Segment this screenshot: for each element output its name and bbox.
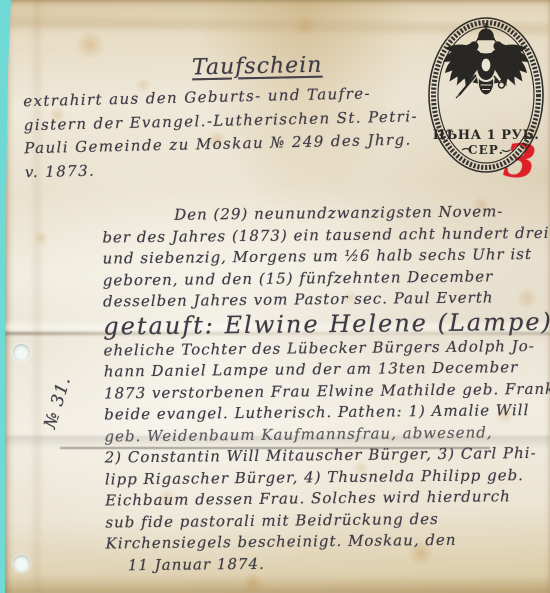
- fold-crease-bottom: [5, 575, 550, 593]
- scanned-document-page: { "document": { "title": "Taufschein", "…: [0, 0, 550, 593]
- aged-paper-sheet: Taufschein extrahirt aus den Geburts- un…: [5, 0, 550, 593]
- stamp-price-text: ЦѢНА 1 РУБ.: [433, 128, 539, 143]
- certificate-body-block: Den (29) neunundzwanzigsten Novem-ber de…: [102, 201, 550, 577]
- extract-intro-block: extrahirt aus den Geburts- und Taufre-gi…: [23, 80, 485, 184]
- document-line: Eichbaum dessen Frau. Solches wird hierd…: [105, 486, 550, 512]
- punch-hole-upper: [13, 344, 30, 361]
- document-line: geb. Weidenbaum Kaufmannsfrau, abwesend,: [104, 421, 550, 447]
- document-title: Taufschein: [192, 53, 323, 81]
- document-line: 11 Januar 1874.: [106, 550, 550, 576]
- revenue-stamp: ЦѢНА 1 РУБ. СЕР.: [424, 13, 548, 177]
- punch-hole-lower: [13, 555, 30, 572]
- stamp-currency-text: СЕР.: [468, 143, 504, 157]
- document-line: getauft: Elwine Helene (Lampe): [103, 308, 550, 340]
- margin-register-number: № 31.: [40, 374, 75, 431]
